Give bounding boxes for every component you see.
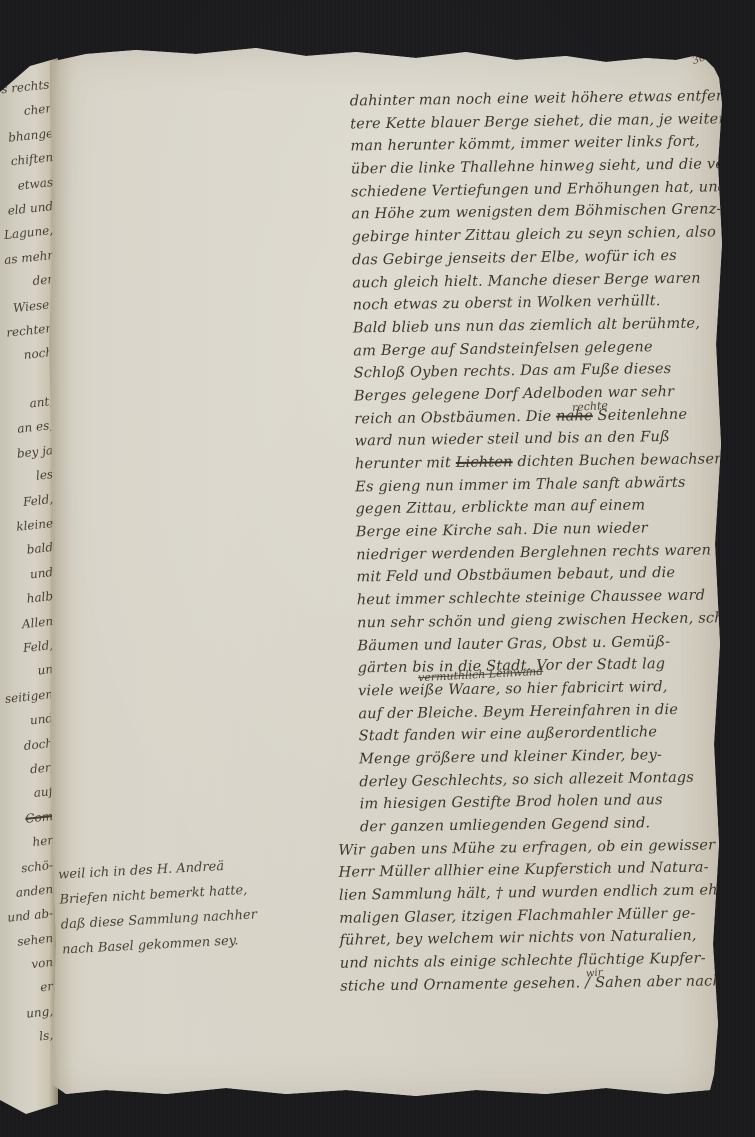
page-number: 364 <box>691 49 714 67</box>
interlinear-insertion: rechte <box>572 399 609 414</box>
photo-backdrop: s rechts. chen bhange chiften etwas eld … <box>0 0 755 1137</box>
text-segment: dichten Buchen bewachsen. <box>513 451 729 470</box>
text-line: stiche und Ornamente gesehen. / Sahen ab… <box>340 970 732 998</box>
fragment-line: ls, <box>0 1023 54 1053</box>
text-segment: herunter mit <box>355 455 456 472</box>
marginal-note: † weil ich in des H. Andreä Briefen nich… <box>58 849 315 962</box>
previous-page-line-endings: s rechts. chen bhange chiften etwas eld … <box>1 72 53 1048</box>
struck-through-word: Lichten <box>456 454 513 471</box>
manuscript-page: 364 dahinter man noch eine weit höhere e… <box>46 44 726 1102</box>
previous-page-edge: s rechts. chen bhange chiften etwas eld … <box>0 58 58 1120</box>
interlinear-insertion: wir <box>586 967 603 979</box>
main-text-block: dahinter man noch eine weit höhere etwas… <box>328 85 733 998</box>
text-segment: reich an Obstbäumen. Die <box>354 408 556 427</box>
